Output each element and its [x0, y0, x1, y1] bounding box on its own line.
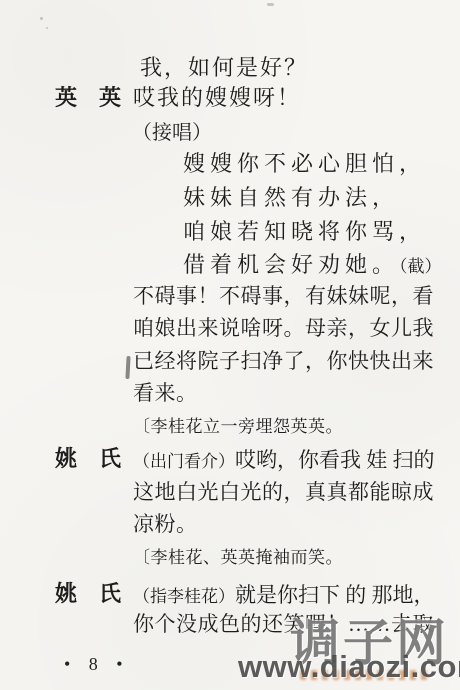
speaker-name: 姚 氏 — [55, 448, 121, 470]
stage-direction: 〔李桂花立一旁埋怨英英。 — [133, 418, 343, 435]
dialogue-text: 哎哟，你看我 娃 扫的 — [235, 448, 435, 472]
sung-line: 我，如何是好？ — [140, 57, 308, 79]
sung-line: 咱娘若知晓将你骂， — [183, 221, 426, 243]
sung-line: 借着机会好劝她。（截） — [183, 254, 442, 276]
dialogue-line: 看来。 — [133, 383, 198, 404]
stage-direction: 〔李桂花、英英掩袖而笑。 — [133, 549, 343, 566]
speaker-name: 英 英 — [55, 87, 121, 109]
speaker-name: 姚 氏 — [55, 583, 121, 605]
dialogue-line: 不碍事！不碍事，有妹妹呢，看 — [133, 286, 434, 307]
stage-note-inline: （指李桂花） — [133, 587, 235, 606]
sung-line: 妹妹自然有办法， — [183, 187, 399, 209]
dialogue-line: 凉粉。 — [133, 514, 198, 535]
sung-text: 借着机会好劝她。 — [183, 252, 399, 277]
stage-note-inline: （截） — [399, 257, 442, 276]
stage-note-inline: （出门看介） — [133, 452, 235, 471]
scan-speck — [46, 27, 48, 29]
watermark-site-url: www.diaozi.com — [238, 651, 460, 682]
sung-line: 嫂嫂你不必心胆怕， — [183, 153, 426, 175]
dialogue-line: 咱娘出来说啥呀。母亲，女儿我 — [133, 318, 434, 339]
scan-speck — [267, 3, 274, 6]
dialogue-line: 哎我的嫂嫂呀！ — [133, 87, 301, 109]
stage-note: （接唱） — [132, 123, 212, 143]
dialogue-line: （指李桂花）就是你扫下 的 那地， — [133, 585, 435, 606]
dialogue-text: 就是你扫下 的 那地， — [235, 583, 435, 607]
scan-smudge — [125, 356, 130, 379]
page-number: • 8 • — [64, 654, 130, 675]
dialogue-line: 这地白光白光的，真真都能晾成 — [133, 482, 434, 503]
dialogue-line: 已经将院子扫净了，你快快出来 — [133, 351, 434, 372]
dialogue-line: （出门看介）哎哟，你看我 娃 扫的 — [133, 450, 435, 471]
scanned-script-page: 我，如何是好？ 英 英 哎我的嫂嫂呀！ （接唱） 嫂嫂你不必心胆怕， 妹妹自然有… — [0, 0, 460, 690]
scan-speck — [40, 17, 43, 20]
